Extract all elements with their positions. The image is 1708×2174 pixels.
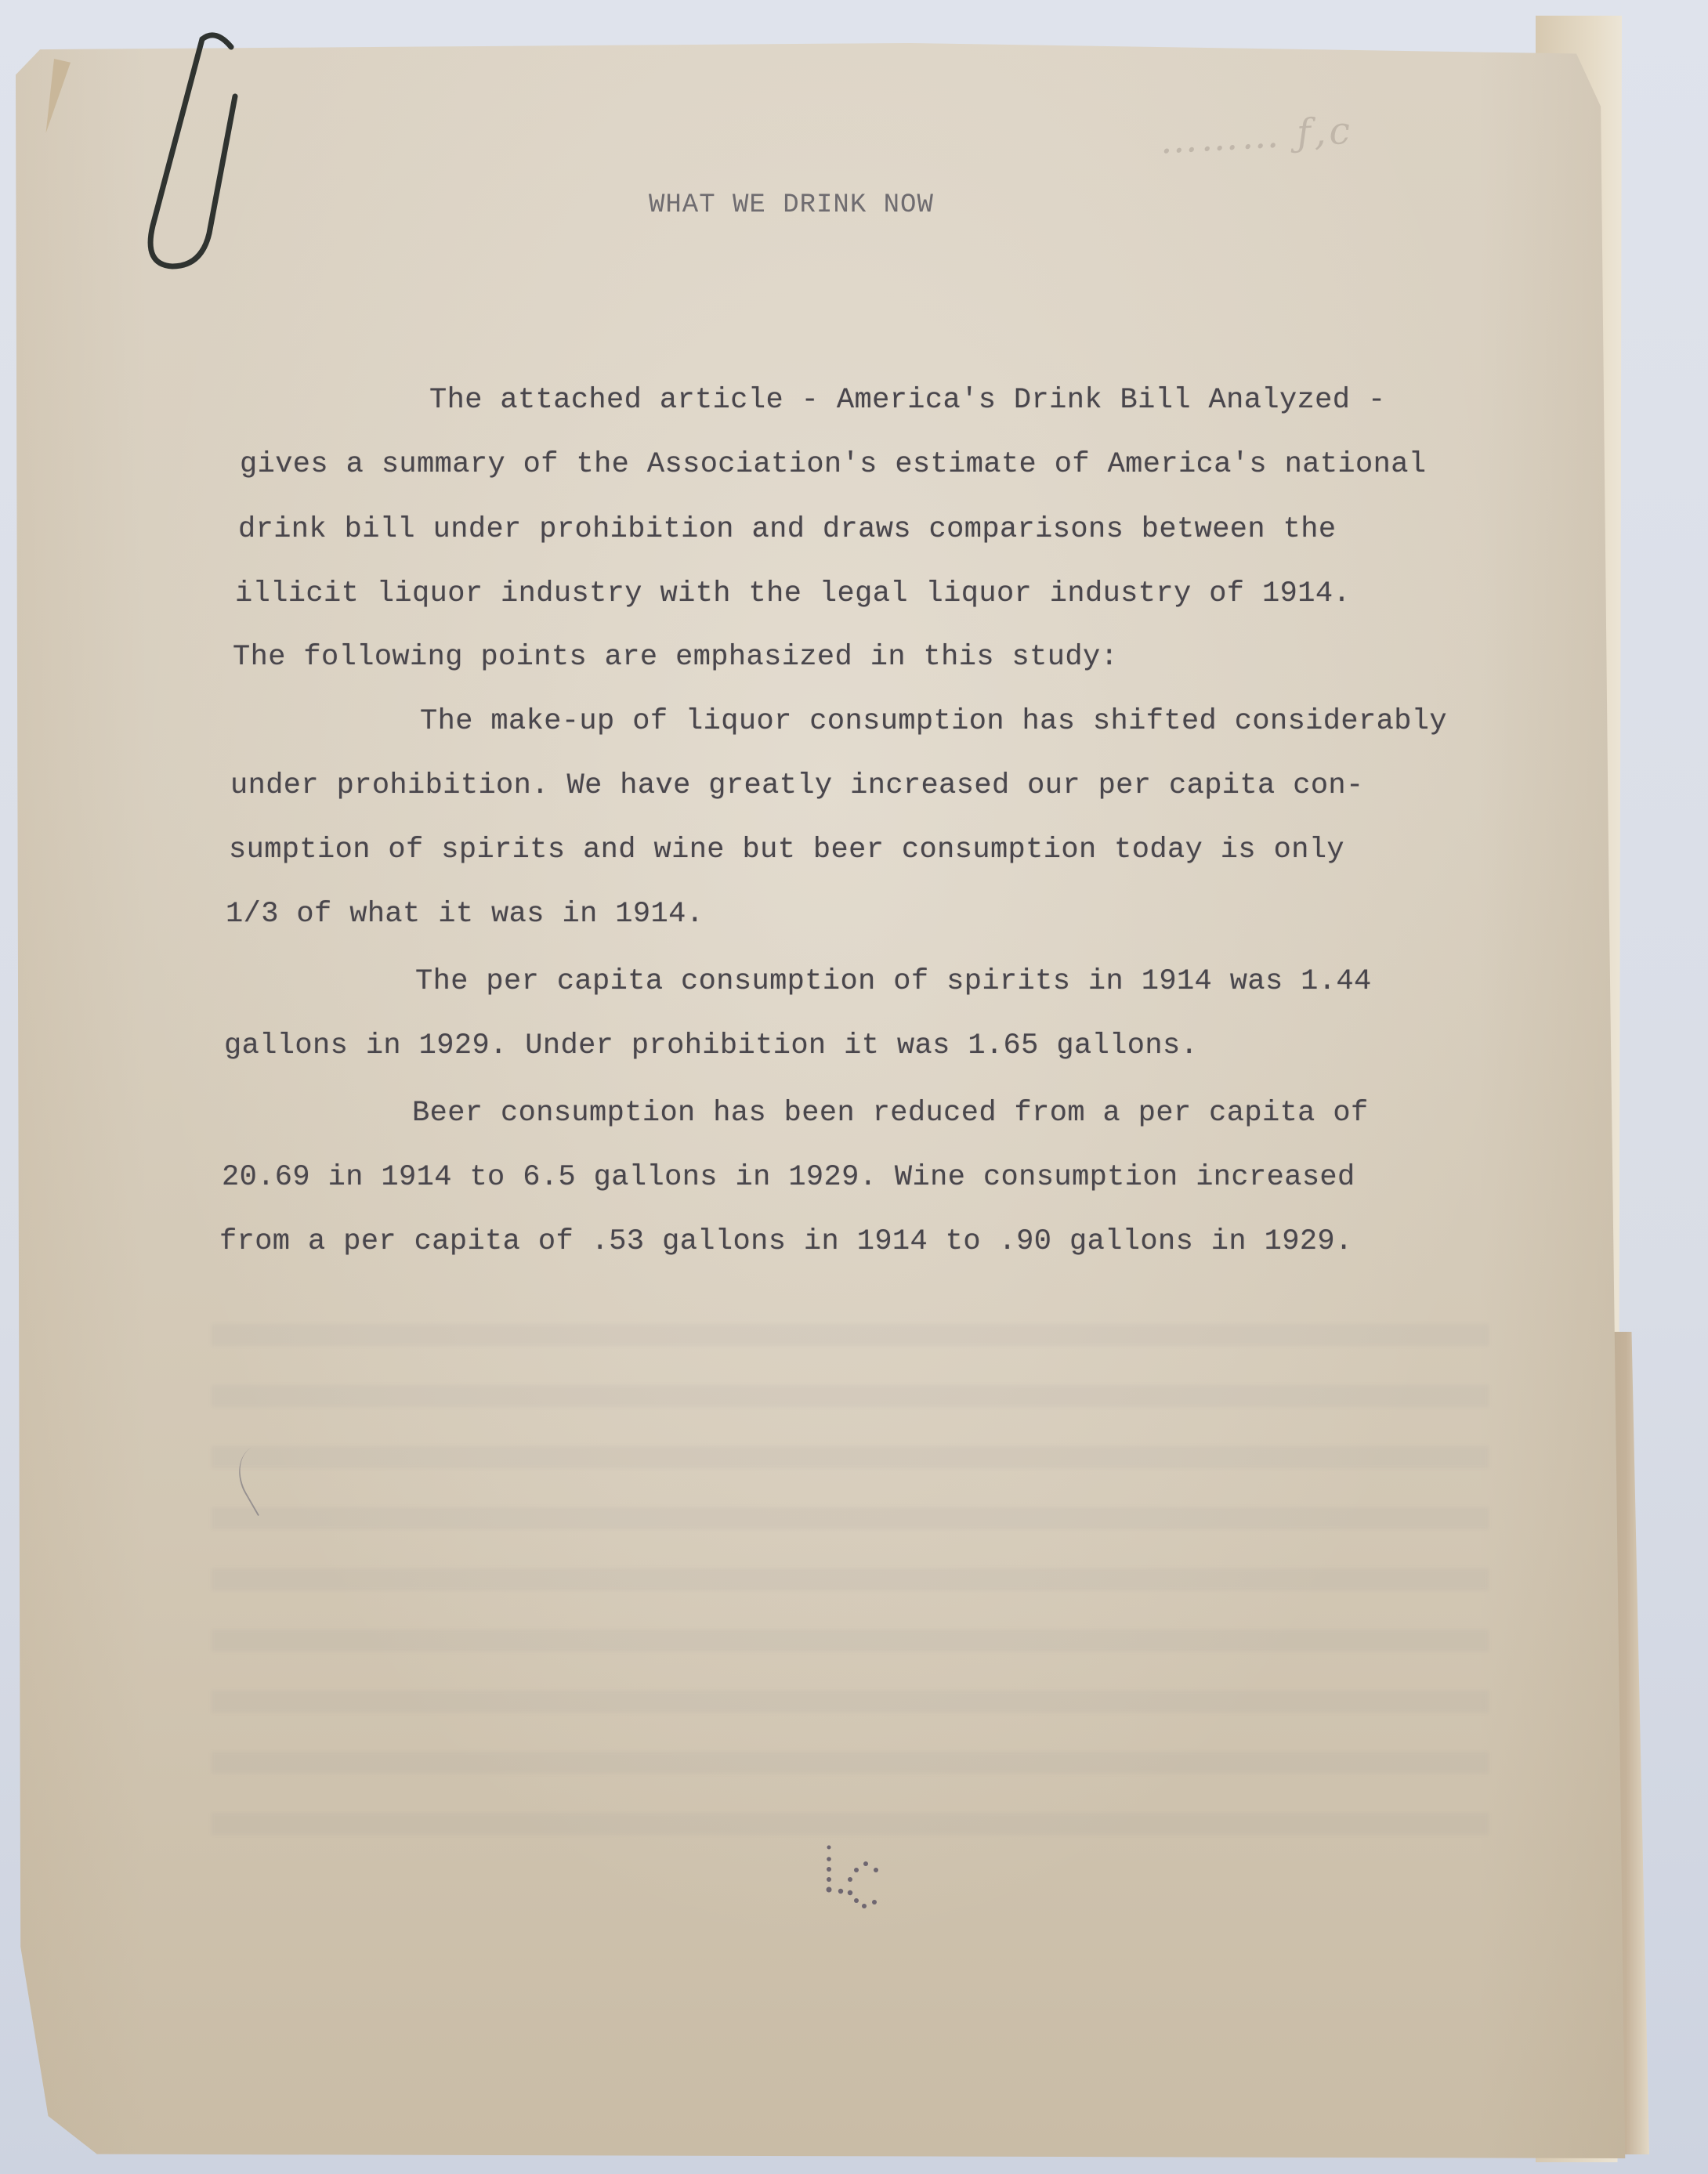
text-line: illicit liquor industry with the legal l…: [235, 577, 1351, 610]
text-line: from a per capita of .53 gallons in 1914…: [219, 1225, 1353, 1258]
text-line: gives a summary of the Association's est…: [240, 448, 1426, 481]
text-line: The attached article - America's Drink B…: [429, 384, 1386, 417]
text-line: gallons in 1929. Under prohibition it wa…: [224, 1029, 1198, 1062]
text-line: 20.69 in 1914 to 6.5 gallons in 1929. Wi…: [222, 1161, 1355, 1194]
text-line: The make-up of liquor consumption has sh…: [420, 705, 1447, 738]
text-line: The following points are emphasized in t…: [233, 641, 1118, 674]
text-line: under prohibition. We have greatly incre…: [230, 769, 1364, 802]
document-title: WHAT WE DRINK NOW: [649, 190, 934, 220]
text-line: The per capita consumption of spirits in…: [415, 965, 1372, 998]
perforated-lc-mark-icon: [823, 1841, 885, 1912]
paper-clip-icon: [137, 30, 247, 273]
text-line: 1/3 of what it was in 1914.: [226, 898, 704, 931]
text-line: drink bill under prohibition and draws c…: [238, 513, 1336, 546]
text-line: sumption of spirits and wine but beer co…: [229, 834, 1344, 866]
text-line: Beer consumption has been reduced from a…: [412, 1097, 1369, 1130]
show-through-text: [212, 1285, 1489, 1849]
